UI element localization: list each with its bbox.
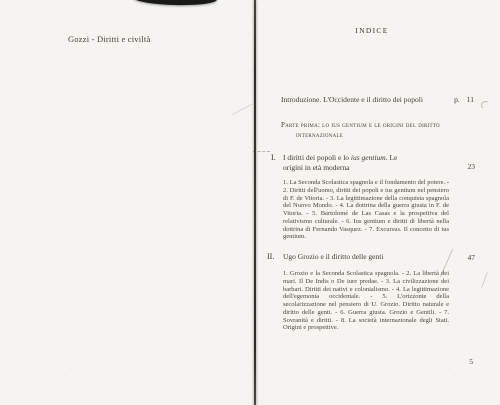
chapter-2-page-number: 47 [455,253,475,262]
part-one-heading: Parte prima: lo ius gentium e le origini… [281,120,476,140]
scan-slash-artifact-2 [481,272,487,287]
running-header: Gozzi - Diritti e civiltà [68,34,150,44]
chapter-2-title: Ugo Grozio e il diritto delle genti [283,252,468,262]
page-abbrev: p. [454,95,460,104]
part-one-heading-line1: Parte prima: lo ius gentium e le origini… [281,120,476,130]
scan-top-shadow [133,0,217,6]
chapter-1-title-italic: ius gentium [351,153,386,162]
toc-intro-page-number: 11 [467,95,474,104]
chapter-2-title-pre: Ugo Grozio e il diritto delle genti [283,252,383,261]
toc-intro-text: Introduzione. L'Occidente e il diritto d… [281,95,423,104]
index-title: INDICE [257,26,487,35]
chapter-1-numeral: I. [271,153,276,162]
book-scan-spread: Gozzi - Diritti e civiltà INDICE Introdu… [0,0,500,405]
toc-intro-page-ref: p.11 [454,95,474,104]
toc-intro-entry: Introduzione. L'Occidente e il diritto d… [281,95,474,104]
scan-diagonal-artifact [232,104,252,115]
page-spine-divider [254,0,256,405]
chapter-1-title-pre: I diritti dei popoli e lo [283,153,351,162]
chapter-1-summary: 1. La Seconda Scolastica spagnola e il f… [283,179,449,241]
scan-dash-artifact [253,151,270,152]
chapter-2-summary: 1. Grozio e la Seconda Scolastica spagno… [283,270,449,332]
chapter-1-title: I diritti dei popoli e lo ius gentium. L… [283,153,417,173]
chapter-1-page-number: 23 [455,162,475,171]
folio-page-number: 5 [458,357,473,366]
part-one-heading-line2: internazionale [281,130,476,140]
chapter-2-numeral: II. [267,252,274,261]
scan-curl-artifact [480,100,490,110]
